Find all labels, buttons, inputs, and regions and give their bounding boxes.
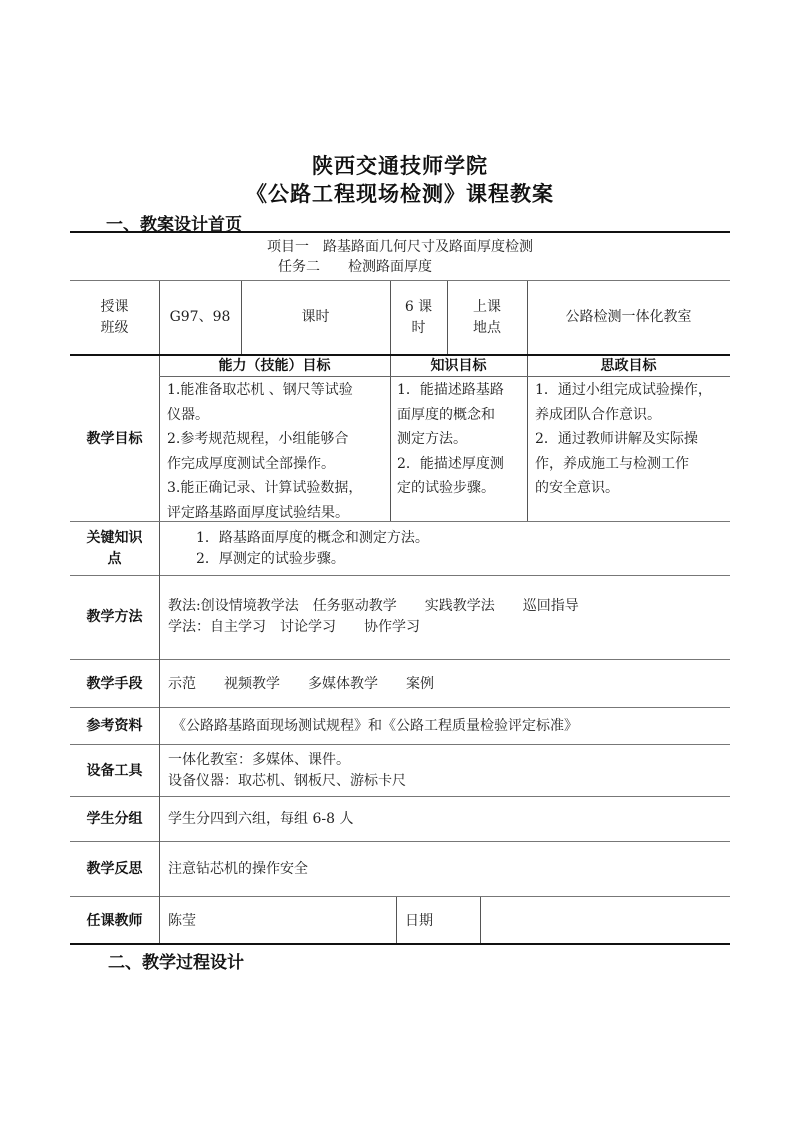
equipment-label: 设备工具: [70, 762, 159, 780]
project-title: 项目一 路基路面几何尺寸及路面厚度检测: [0, 238, 800, 256]
row-rule: [70, 841, 730, 842]
place-label-line1: 上课: [447, 297, 527, 318]
class-label-line2: 班级: [70, 318, 159, 339]
references-content: 《公路路基路面现场测试规程》和《公路工程质量检验评定标准》: [172, 717, 578, 735]
course-title: 《公路工程现场检测》课程教案: [0, 178, 800, 208]
knowledge-line: 定的试验步骤。: [397, 476, 504, 501]
objectives-top-rule: [70, 354, 730, 356]
row-rule: [70, 575, 730, 576]
key-points-label: 关键知识 点: [70, 528, 159, 570]
class-label: 授课 班级: [70, 297, 159, 339]
row-rule: [70, 744, 730, 745]
ability-line: 1.能准备取芯机 、钢尺等试验: [167, 378, 362, 403]
methods-content: 教法:创设情境教学法 任务驱动教学 实践教学法 巡回指导 学法：自主学习 讨论学…: [168, 596, 579, 638]
reflection-label: 教学反思: [70, 860, 159, 878]
key-points-content: 1．路基路面厚度的概念和测定方法。 2．厚测定的试验步骤。: [196, 528, 429, 570]
section-heading-2: 二、教学过程设计: [108, 948, 244, 973]
knowledge-objectives: 1．能描述路基路 面厚度的概念和 测定方法。 2．能描述厚度测 定的试验步骤。: [397, 378, 504, 501]
knowledge-line: 面厚度的概念和: [397, 403, 504, 428]
place-label-line2: 地点: [447, 318, 527, 339]
ability-line: 仪器。: [167, 403, 362, 428]
teacher-label: 任课教师: [70, 912, 159, 930]
hours-label: 课时: [241, 308, 390, 326]
objectives-header-rule: [159, 376, 730, 377]
hours-value-line1: 6 课: [390, 297, 447, 318]
key-point-line: 2．厚测定的试验步骤。: [196, 549, 429, 570]
objectives-label: 教学目标: [70, 430, 159, 448]
methods-label: 教学方法: [70, 608, 159, 626]
row-rule: [70, 796, 730, 797]
divider: [480, 897, 481, 943]
teacher-name: 陈莹: [168, 912, 196, 930]
task-title: 任务二 检测路面厚度: [278, 258, 432, 276]
divider: [159, 522, 160, 943]
ideology-objectives: 1．通过小组完成试验操作， 养成团队合作意识。 2．通过教师讲解及实际操 作，养…: [535, 378, 712, 501]
methods-line: 教法:创设情境教学法 任务驱动教学 实践教学法 巡回指导: [168, 596, 579, 617]
class-value: G97、98: [159, 308, 241, 326]
references-label: 参考资料: [70, 717, 159, 735]
place-label: 上课 地点: [447, 297, 527, 339]
equipment-line: 设备仪器：取芯机、钢板尺、游标卡尺: [168, 771, 406, 792]
ability-line: 3.能正确记录、计算试验数据，: [167, 476, 362, 501]
key-points-label-line1: 关键知识: [70, 528, 159, 549]
ideology-line: 2．通过教师讲解及实际操: [535, 427, 712, 452]
divider: [390, 356, 391, 522]
ideology-header: 思政目标: [527, 357, 730, 375]
ability-header: 能力（技能）目标: [159, 357, 390, 375]
grouping-label: 学生分组: [70, 810, 159, 828]
ideology-line: 1．通过小组完成试验操作，: [535, 378, 712, 403]
date-label: 日期: [405, 912, 433, 930]
means-content: 示范 视频教学 多媒体教学 案例: [168, 675, 434, 693]
key-point-line: 1．路基路面厚度的概念和测定方法。: [196, 528, 429, 549]
methods-line: 学法：自主学习 讨论学习 协作学习: [168, 617, 579, 638]
hours-value-line2: 时: [390, 318, 447, 339]
equipment-content: 一体化教室：多媒体、课件。 设备仪器：取芯机、钢板尺、游标卡尺: [168, 750, 406, 792]
ability-line: 2.参考规范规程，小组能够合: [167, 427, 362, 452]
row-rule: [70, 659, 730, 660]
class-label-line1: 授课: [70, 297, 159, 318]
grouping-content: 学生分四到六组，每组 6-8 人: [168, 810, 353, 828]
school-title: 陕西交通技师学院: [0, 150, 800, 180]
means-label: 教学手段: [70, 675, 159, 693]
knowledge-line: 2．能描述厚度测: [397, 452, 504, 477]
table-top-rule: [70, 231, 730, 233]
knowledge-header: 知识目标: [390, 357, 527, 375]
ideology-line: 养成团队合作意识。: [535, 403, 712, 428]
divider: [527, 356, 528, 522]
reflection-content: 注意钻芯机的操作安全: [168, 860, 308, 878]
row-rule: [70, 521, 730, 522]
ability-objectives: 1.能准备取芯机 、钢尺等试验 仪器。 2.参考规范规程，小组能够合 作完成厚度…: [167, 378, 362, 525]
divider: [396, 897, 397, 943]
divider: [159, 356, 160, 522]
info-row-top-rule: [70, 280, 730, 281]
ideology-line: 作，养成施工与检测工作: [535, 452, 712, 477]
place-value: 公路检测一体化教室: [527, 308, 730, 326]
knowledge-line: 测定方法。: [397, 427, 504, 452]
table-bottom-rule: [70, 943, 730, 945]
hours-value: 6 课 时: [390, 297, 447, 339]
equipment-line: 一体化教室：多媒体、课件。: [168, 750, 406, 771]
row-rule: [70, 896, 730, 897]
row-rule: [70, 707, 730, 708]
knowledge-line: 1．能描述路基路: [397, 378, 504, 403]
key-points-label-line2: 点: [70, 549, 159, 570]
ability-line: 作完成厚度测试全部操作。: [167, 452, 362, 477]
ideology-line: 的安全意识。: [535, 476, 712, 501]
